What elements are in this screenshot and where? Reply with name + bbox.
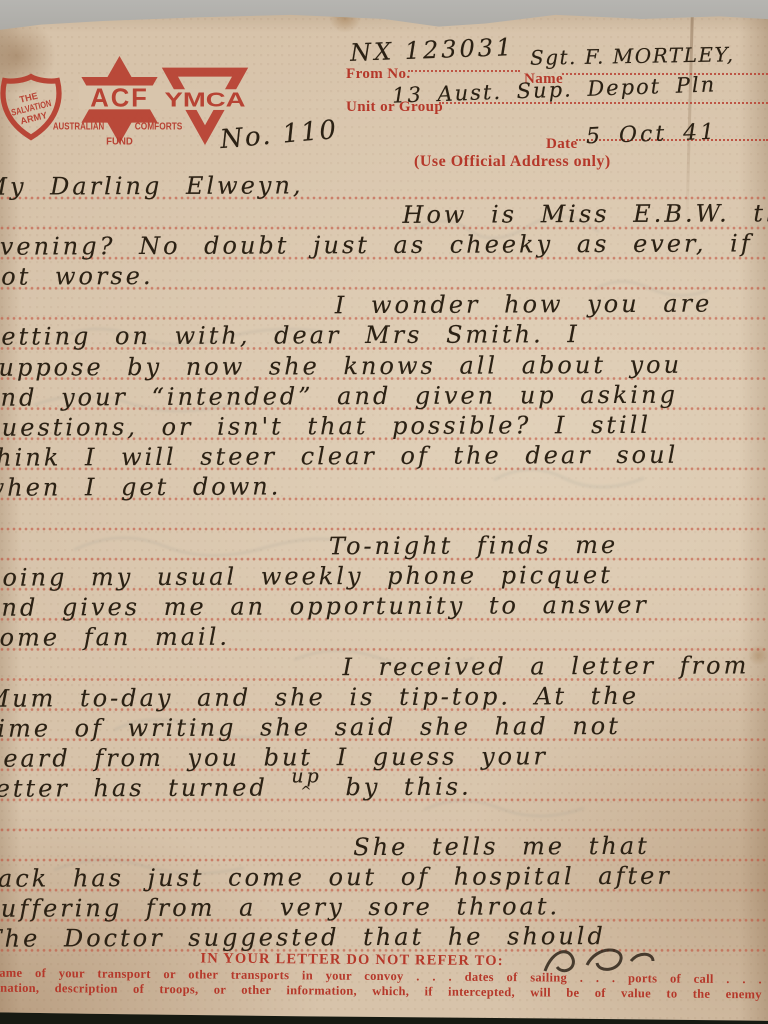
letter-line: Jack has just come out of hospital after (0, 860, 768, 894)
photo-canvas: THE SALVATION ARMY ACF AUSTRALIAN COMFOR… (0, 0, 768, 1024)
letter-line: not worse. (0, 259, 768, 293)
letter-line: think I will steer clear of the dear sou… (0, 439, 768, 473)
letter-line: She tells me that (0, 830, 768, 864)
letter-line: getting on with, dear Mrs Smith. I (0, 319, 768, 353)
inserted-word: up (291, 761, 322, 791)
letter-body: My Darling Elweyn,How is Miss E.B.W. thi… (0, 168, 768, 954)
letter-line: and your “intended” and given up asking (0, 379, 768, 413)
letter-line: doing my usual weekly phone picquet (0, 559, 768, 593)
letter-line: suppose by now she knows all about you (0, 349, 768, 383)
acf-word-left: AUSTRALIAN (53, 121, 104, 132)
ink-scribble (539, 943, 664, 981)
letter-line (0, 800, 768, 834)
form-dotted-line (408, 70, 520, 72)
name-value: Sgt. F. MORTLEY, (530, 42, 735, 70)
date-label: Date (546, 136, 578, 153)
letter-line: questions, or isn't that possible? I sti… (0, 409, 768, 443)
letter-line: My Darling Elweyn, (0, 168, 768, 202)
from-no-label: From No. (346, 66, 411, 83)
letter-line: and gives me an opportunity to answer (0, 590, 768, 624)
letter-line: Mum to-day and she is tip-top. At the (0, 680, 768, 714)
letter-line: I wonder how you are (0, 289, 768, 323)
letter-line: time of writing she said she had not (0, 710, 768, 744)
letter-line: when I get down. (0, 469, 768, 503)
letter-line (0, 499, 768, 533)
letter-line: I received a letter from (0, 650, 768, 684)
date-value: 5 Oct 41 (586, 120, 718, 150)
acf-word-bottom: FUND (106, 137, 133, 148)
letter-line: suffering from a very sore throat. (0, 891, 768, 925)
letter-sheet: THE SALVATION ARMY ACF AUSTRALIAN COMFOR… (0, 0, 768, 1024)
letter-line: heard from you but I guess your (0, 740, 768, 774)
letter-line: some fan mail. (0, 620, 768, 654)
acf-monogram: ACF (90, 84, 149, 112)
letter-line: evening? No doubt just as cheeky as ever… (0, 228, 768, 262)
ymca-text: YMCA (165, 88, 246, 111)
letter-line: How is Miss E.B.W. this (0, 198, 768, 232)
service-number-value: NX 123031 (350, 33, 515, 67)
letter-line: letter has turned up by this. (0, 770, 768, 804)
letter-line: To-night finds me (0, 529, 768, 563)
